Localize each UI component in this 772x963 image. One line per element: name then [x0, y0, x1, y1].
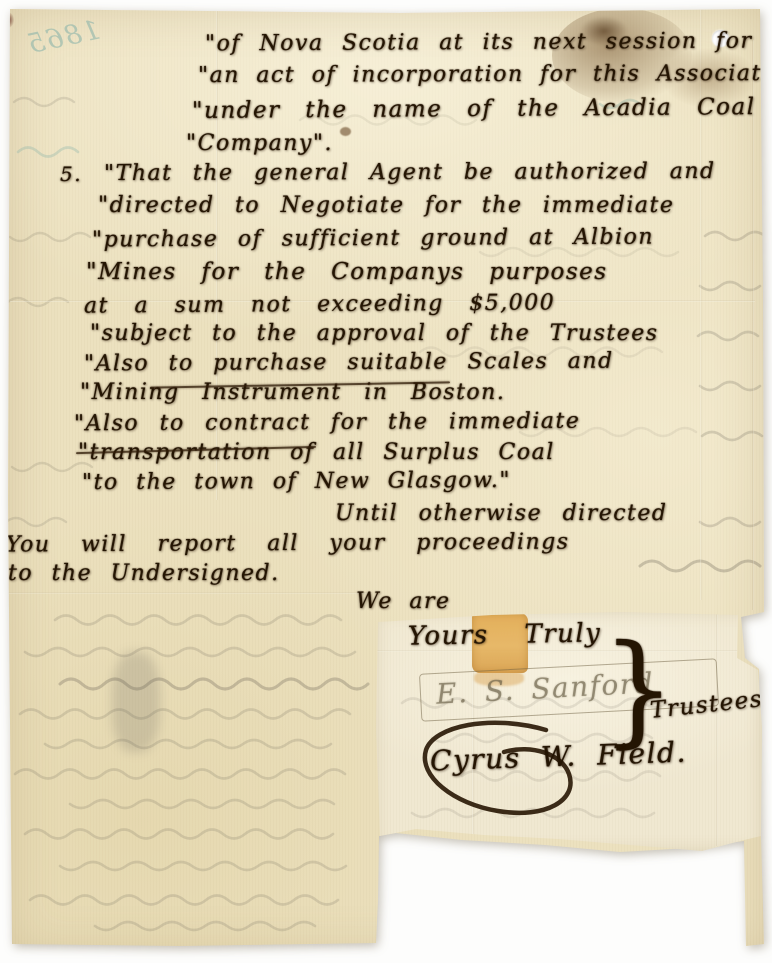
letter-line: We are [356, 589, 450, 614]
letter-line: "an act of incorporation for this Associ… [198, 61, 772, 88]
letter-line: You will report all your proceedings [6, 530, 570, 558]
signature-slip: Yours Truly E. S. Sanford } Trustees Cyr… [372, 608, 764, 854]
letter-line: "purchase of sufficient ground at Albion [92, 225, 654, 253]
signature-flourish [396, 712, 596, 842]
horizontal-fold-crease [0, 592, 372, 594]
gray-smudge [112, 652, 160, 752]
letter-line: "of Nova Scotia at its next session for [205, 29, 753, 57]
ink-speck [340, 127, 351, 136]
scan-background: 1865 "of Nova Scotia at its next session… [0, 0, 772, 963]
letter-line: "transportation of all Surplus Coal [78, 440, 555, 465]
letter-line: "to the town of New Glasgow." [82, 468, 511, 495]
closing-salutation: Yours Truly [408, 618, 602, 651]
brace-glyph: } [602, 633, 677, 748]
list-number: 5. [60, 162, 82, 186]
letter-line: "Also to purchase suitable Scales and [84, 349, 614, 377]
letter-line: "Company". [186, 131, 333, 156]
letter-line: "Mines for the Companys purposes [86, 259, 608, 285]
bleedthrough-year: 1865 [24, 15, 104, 61]
right-edge-crease [752, 40, 754, 610]
slip-crease [716, 614, 718, 846]
letter-line: "directed to Negotiate for the immediate [98, 193, 674, 218]
letter-line: to the Undersigned. [8, 561, 280, 586]
letter-line: "That the general Agent be authorized an… [104, 159, 716, 186]
letter-line: "subject to the approval of the Trustees [90, 321, 659, 346]
letter-line: at a sum not exceeding $5,000 [84, 290, 555, 318]
vertical-fold-crease [700, 0, 702, 600]
ink-stain [552, 8, 692, 103]
letter-line: Until otherwise directed [335, 501, 668, 526]
letter-line: "Also to contract for the immediate [74, 409, 580, 437]
corner-ink-speck [2, 12, 14, 28]
letter-line: "under the name of the Acadia Coal [192, 94, 756, 124]
